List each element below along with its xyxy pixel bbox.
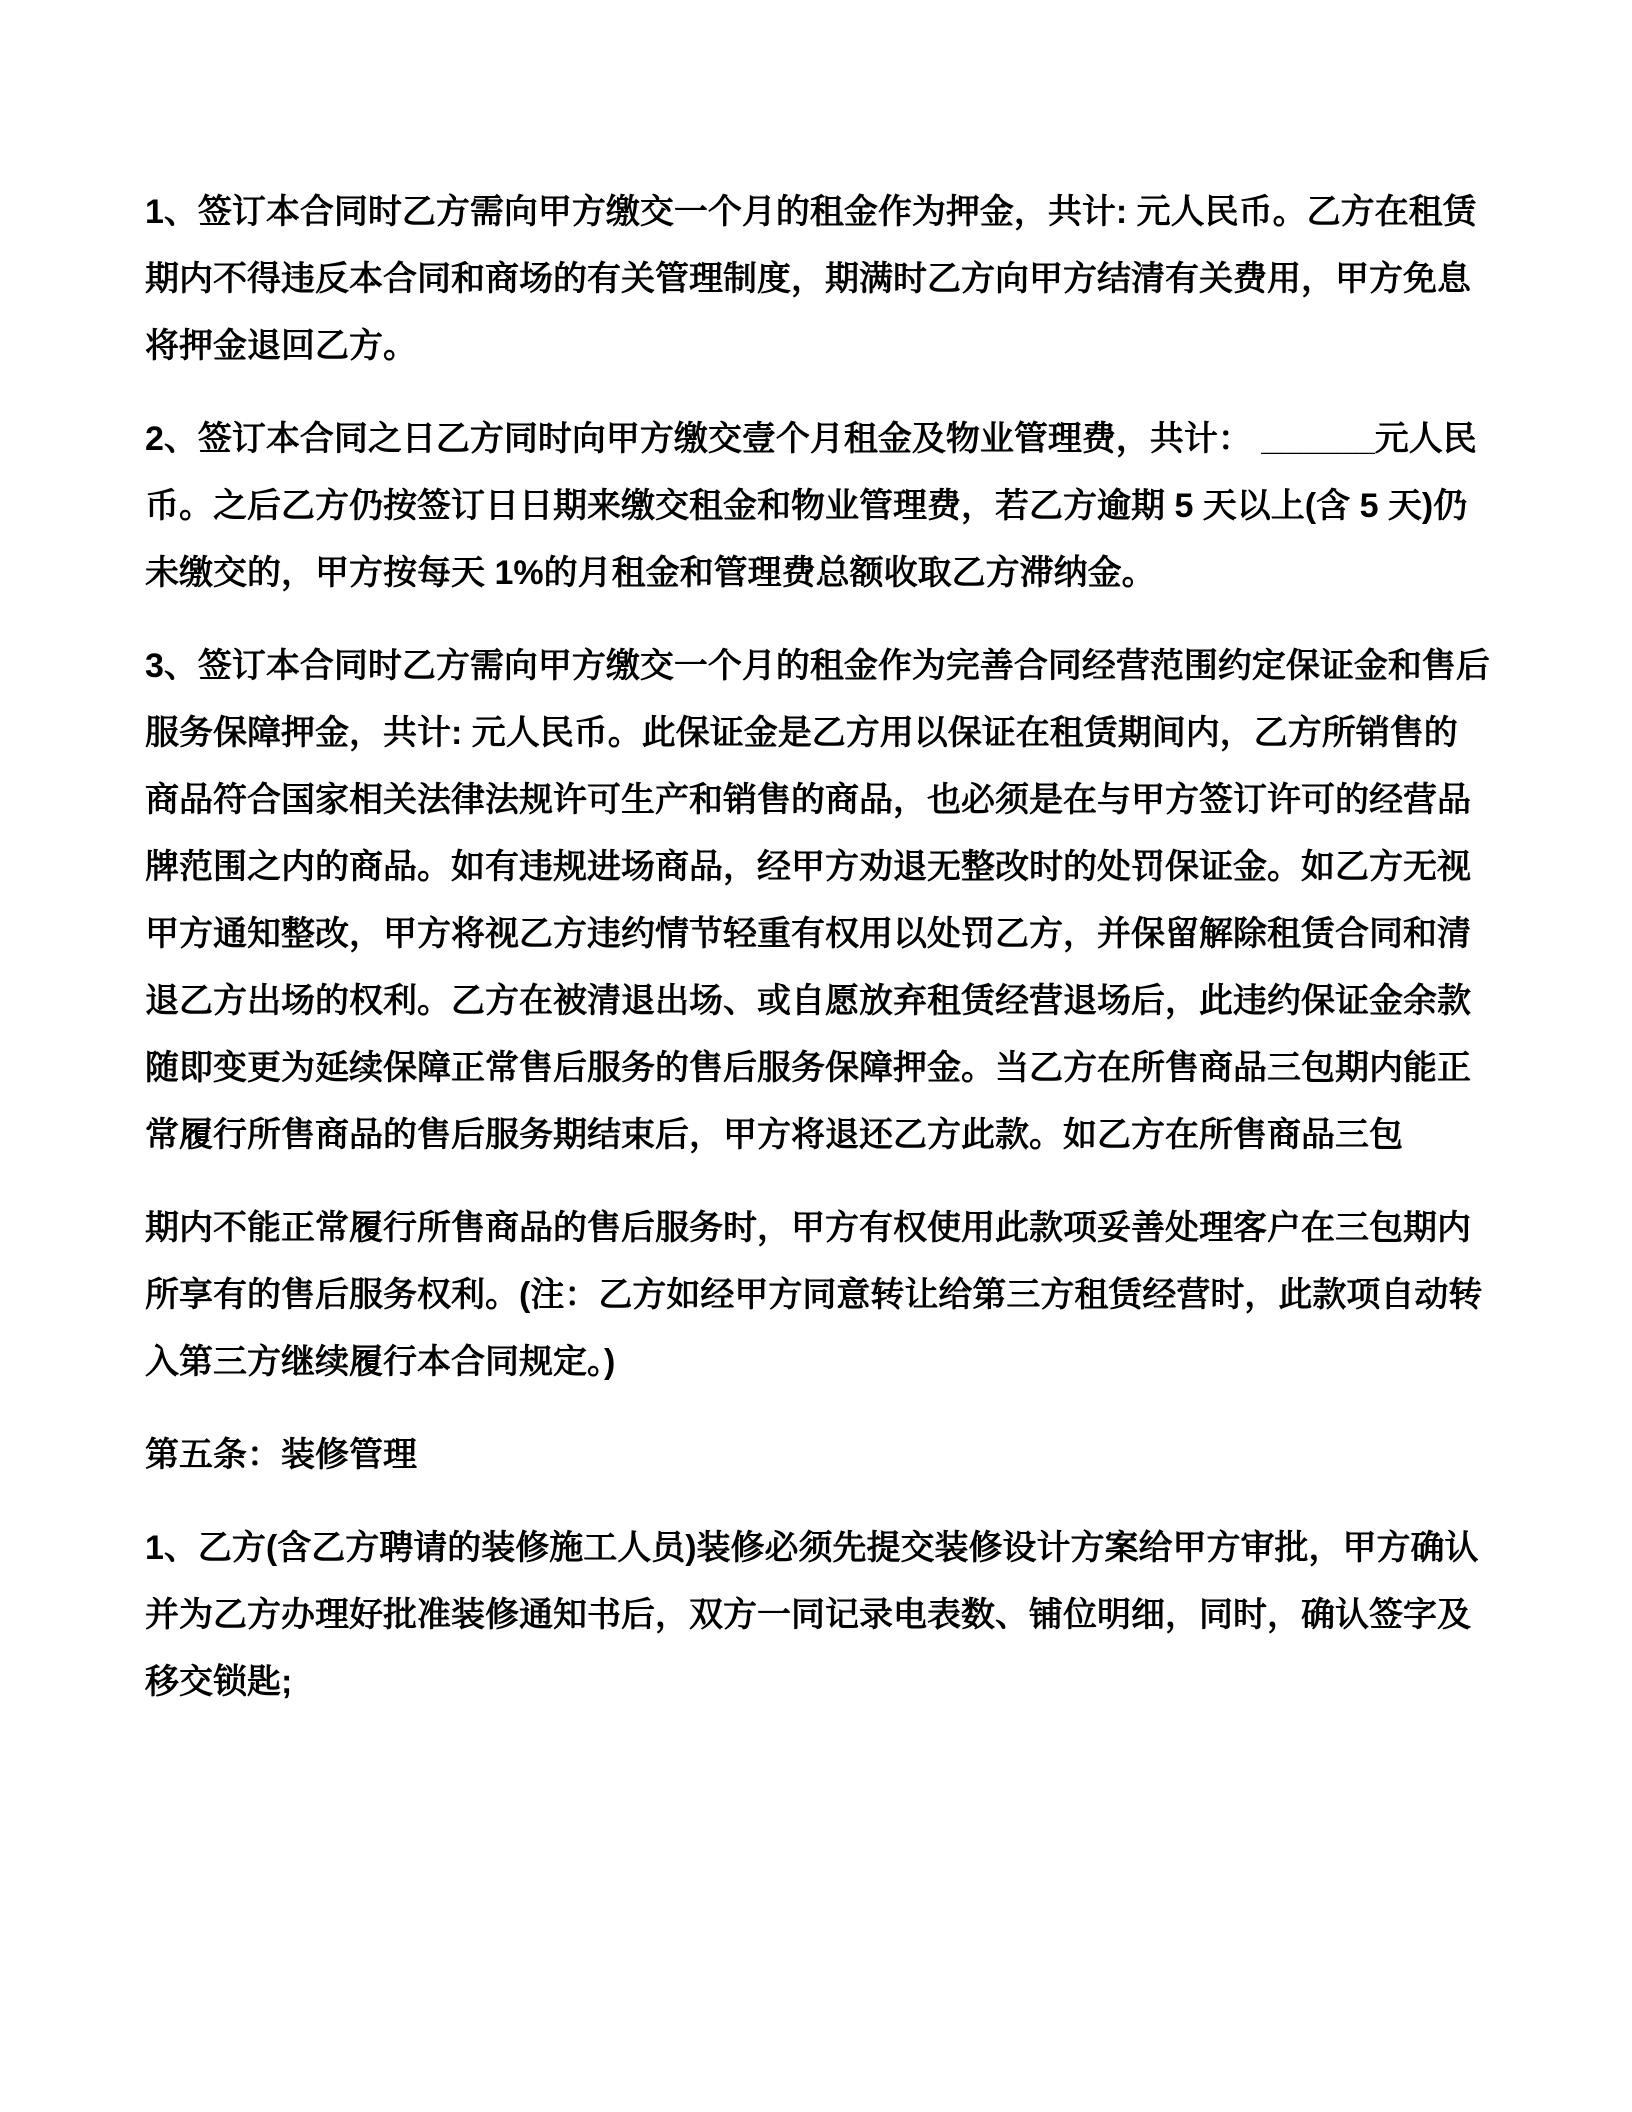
paragraph-renovation-approval-clause: 1、乙方(含乙方聘请的装修施工人员)装修必须先提交装修设计方案给甲方审批，甲方确… bbox=[145, 1515, 1490, 1716]
section-heading-article-5-renovation-management: 第五条：装修管理 bbox=[145, 1422, 1490, 1489]
paragraph-deposit-clause: 1、签订本合同时乙方需向甲方缴交一个月的租金作为押金，共计: 元人民币。乙方在租… bbox=[145, 179, 1490, 380]
contract-page: 1、签订本合同时乙方需向甲方缴交一个月的租金作为押金，共计: 元人民币。乙方在租… bbox=[0, 0, 1632, 2112]
paragraph-aftersales-service-clause: 期内不能正常履行所售商品的售后服务时，甲方有权使用此款项妥善处理客户在三包期内所… bbox=[145, 1195, 1490, 1396]
paragraph-rent-and-management-fee-clause: 2、签订本合同之日乙方同时向甲方缴交壹个月租金及物业管理费，共计： ______… bbox=[145, 406, 1490, 607]
paragraph-guarantee-deposit-clause: 3、签订本合同时乙方需向甲方缴交一个月的租金作为完善合同经营范围约定保证金和售后… bbox=[145, 633, 1490, 1169]
